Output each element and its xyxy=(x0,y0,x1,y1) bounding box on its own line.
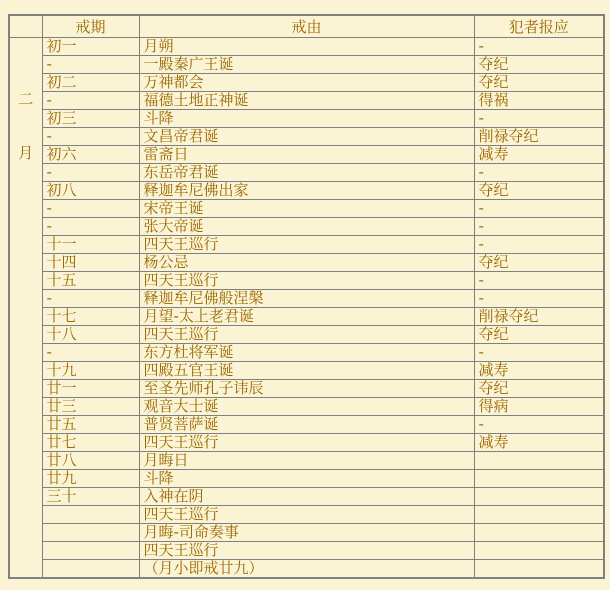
reason-cell: 福德土地正神诞 xyxy=(139,92,474,110)
table-row: -东方杜将军诞- xyxy=(9,344,604,362)
retribution-cell xyxy=(474,452,604,470)
reason-cell: 月晦日 xyxy=(139,452,474,470)
period-cell: - xyxy=(42,164,139,182)
table-row: 初二万神都会夺纪 xyxy=(9,74,604,92)
reason-cell: 雷斋日 xyxy=(139,146,474,164)
retribution-cell: 夺纪 xyxy=(474,74,604,92)
page: 戒期 戒由 犯者报应 二月初一月朔--一殿秦广王诞夺纪初二万神都会夺纪-福德土地… xyxy=(0,0,610,590)
reason-cell: 四天王巡行 xyxy=(139,236,474,254)
retribution-cell: 减寿 xyxy=(474,146,604,164)
period-cell: 廿九 xyxy=(42,470,139,488)
period-cell: 初二 xyxy=(42,74,139,92)
reason-cell: 四天王巡行 xyxy=(139,326,474,344)
table-row: -文昌帝君诞削禄夺纪 xyxy=(9,128,604,146)
reason-cell: 斗降 xyxy=(139,110,474,128)
table-row: 四天王巡行 xyxy=(9,542,604,560)
table-row: 三十入神在阴 xyxy=(9,488,604,506)
reason-cell: 月朔 xyxy=(139,38,474,56)
retribution-cell: - xyxy=(474,272,604,290)
table-row: -张大帝诞- xyxy=(9,218,604,236)
retribution-cell xyxy=(474,488,604,506)
retribution-cell xyxy=(474,524,604,542)
month-char: 月 xyxy=(10,144,42,162)
period-cell: 十一 xyxy=(42,236,139,254)
retribution-cell xyxy=(474,470,604,488)
header-retribution: 犯者报应 xyxy=(474,15,604,38)
retribution-cell: 减寿 xyxy=(474,362,604,380)
retribution-cell: - xyxy=(474,344,604,362)
retribution-cell: - xyxy=(474,164,604,182)
retribution-cell: - xyxy=(474,416,604,434)
period-cell: 初六 xyxy=(42,146,139,164)
table-row: 廿五普贤菩萨诞- xyxy=(9,416,604,434)
period-cell xyxy=(42,506,139,524)
table-row: 十四杨公忌夺纪 xyxy=(9,254,604,272)
period-cell: - xyxy=(42,92,139,110)
period-cell: 廿五 xyxy=(42,416,139,434)
table-row: 十八四天王巡行夺纪 xyxy=(9,326,604,344)
period-cell: 十八 xyxy=(42,326,139,344)
retribution-cell: - xyxy=(474,290,604,308)
table-row: -宋帝王诞- xyxy=(9,200,604,218)
reason-cell: 万神都会 xyxy=(139,74,474,92)
reason-cell: 四天王巡行 xyxy=(139,542,474,560)
period-cell: 初一 xyxy=(42,38,139,56)
period-cell: - xyxy=(42,218,139,236)
period-cell: 初八 xyxy=(42,182,139,200)
period-cell: - xyxy=(42,290,139,308)
table-row: 初六雷斋日减寿 xyxy=(9,146,604,164)
header-reason: 戒由 xyxy=(139,15,474,38)
reason-cell: 月晦-司命奏事 xyxy=(139,524,474,542)
period-cell: 十五 xyxy=(42,272,139,290)
table-row: 廿三观音大士诞得病 xyxy=(9,398,604,416)
precepts-table: 戒期 戒由 犯者报应 二月初一月朔--一殿秦广王诞夺纪初二万神都会夺纪-福德土地… xyxy=(8,14,605,579)
reason-cell: 普贤菩萨诞 xyxy=(139,416,474,434)
retribution-cell: 得病 xyxy=(474,398,604,416)
period-cell: 廿一 xyxy=(42,380,139,398)
period-cell: 廿三 xyxy=(42,398,139,416)
reason-cell: 释迦牟尼佛般涅槃 xyxy=(139,290,474,308)
table-row: 二月初一月朔- xyxy=(9,38,604,56)
retribution-cell: - xyxy=(474,236,604,254)
retribution-cell: 夺纪 xyxy=(474,326,604,344)
table-row: （月小即戒廿九） xyxy=(9,560,604,579)
period-cell: - xyxy=(42,56,139,74)
reason-cell: 四天王巡行 xyxy=(139,272,474,290)
reason-cell: 释迦牟尼佛出家 xyxy=(139,182,474,200)
retribution-cell xyxy=(474,506,604,524)
retribution-cell: 夺纪 xyxy=(474,380,604,398)
table-body: 二月初一月朔--一殿秦广王诞夺纪初二万神都会夺纪-福德土地正神诞得祸初三斗降--… xyxy=(9,38,604,579)
header-row: 戒期 戒由 犯者报应 xyxy=(9,15,604,38)
period-cell xyxy=(42,524,139,542)
reason-cell: 文昌帝君诞 xyxy=(139,128,474,146)
retribution-cell: 夺纪 xyxy=(474,56,604,74)
retribution-cell: 得祸 xyxy=(474,92,604,110)
reason-cell: 月望-太上老君诞 xyxy=(139,308,474,326)
header-period: 戒期 xyxy=(42,15,139,38)
table-row: 十五四天王巡行- xyxy=(9,272,604,290)
retribution-cell: 减寿 xyxy=(474,434,604,452)
reason-cell: 一殿秦广王诞 xyxy=(139,56,474,74)
period-cell: - xyxy=(42,128,139,146)
retribution-cell: - xyxy=(474,218,604,236)
reason-cell: 四天王巡行 xyxy=(139,434,474,452)
period-cell: 初三 xyxy=(42,110,139,128)
table-row: 十七月望-太上老君诞削禄夺纪 xyxy=(9,308,604,326)
reason-cell: 四天王巡行 xyxy=(139,506,474,524)
retribution-cell: - xyxy=(474,38,604,56)
retribution-cell xyxy=(474,560,604,579)
reason-cell: 斗降 xyxy=(139,470,474,488)
retribution-cell: - xyxy=(474,200,604,218)
reason-cell: 观音大士诞 xyxy=(139,398,474,416)
table-row: 初八释迦牟尼佛出家夺纪 xyxy=(9,182,604,200)
period-cell: 十七 xyxy=(42,308,139,326)
table-row: 十一四天王巡行- xyxy=(9,236,604,254)
table-row: 初三斗降- xyxy=(9,110,604,128)
table-row: 月晦-司命奏事 xyxy=(9,524,604,542)
table-row: -一殿秦广王诞夺纪 xyxy=(9,56,604,74)
period-cell: 十九 xyxy=(42,362,139,380)
retribution-cell: 削禄夺纪 xyxy=(474,128,604,146)
reason-cell: 杨公忌 xyxy=(139,254,474,272)
retribution-cell: 夺纪 xyxy=(474,254,604,272)
reason-cell: （月小即戒廿九） xyxy=(139,560,474,579)
table-row: 四天王巡行 xyxy=(9,506,604,524)
table-row: 廿一至圣先师孔子讳辰夺纪 xyxy=(9,380,604,398)
table-row: 廿八月晦日 xyxy=(9,452,604,470)
table-row: 廿七四天王巡行减寿 xyxy=(9,434,604,452)
retribution-cell xyxy=(474,542,604,560)
period-cell: 廿八 xyxy=(42,452,139,470)
reason-cell: 至圣先师孔子讳辰 xyxy=(139,380,474,398)
period-cell xyxy=(42,542,139,560)
retribution-cell: - xyxy=(474,110,604,128)
reason-cell: 宋帝王诞 xyxy=(139,200,474,218)
period-cell xyxy=(42,560,139,579)
month-cell: 二月 xyxy=(9,38,42,579)
month-char: 二 xyxy=(10,90,42,108)
table-row: -释迦牟尼佛般涅槃- xyxy=(9,290,604,308)
retribution-cell: 削禄夺纪 xyxy=(474,308,604,326)
table-row: -福德土地正神诞得祸 xyxy=(9,92,604,110)
table-row: -东岳帝君诞- xyxy=(9,164,604,182)
reason-cell: 四殿五官王诞 xyxy=(139,362,474,380)
table-row: 十九四殿五官王诞减寿 xyxy=(9,362,604,380)
reason-cell: 张大帝诞 xyxy=(139,218,474,236)
period-cell: 廿七 xyxy=(42,434,139,452)
period-cell: 十四 xyxy=(42,254,139,272)
reason-cell: 入神在阴 xyxy=(139,488,474,506)
reason-cell: 东岳帝君诞 xyxy=(139,164,474,182)
period-cell: - xyxy=(42,200,139,218)
header-month xyxy=(9,15,42,38)
table-row: 廿九斗降 xyxy=(9,470,604,488)
period-cell: 三十 xyxy=(42,488,139,506)
reason-cell: 东方杜将军诞 xyxy=(139,344,474,362)
retribution-cell: 夺纪 xyxy=(474,182,604,200)
period-cell: - xyxy=(42,344,139,362)
